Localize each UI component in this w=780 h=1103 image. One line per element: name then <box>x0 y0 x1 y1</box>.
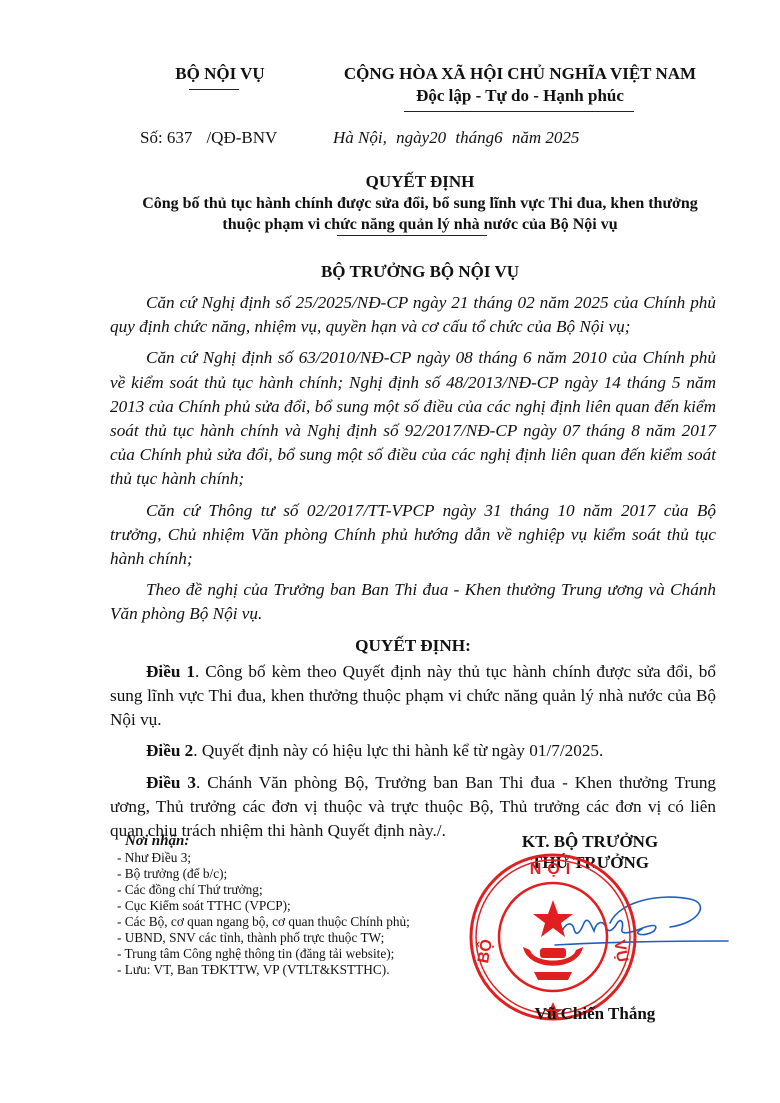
date-day: ngày20 <box>396 128 446 147</box>
recipients-title: Nơi nhận: <box>125 833 477 850</box>
article-label: Điều 2 <box>146 741 193 760</box>
recipients-list: - Như Điều 3; - Bộ trưởng (để b/c); - Cá… <box>117 850 477 978</box>
subtitle-underline <box>337 235 487 236</box>
subtitle-line-1: Công bố thủ tục hành chính được sửa đổi,… <box>100 193 740 214</box>
article-text: . Công bố kèm theo Quyết định này thủ tụ… <box>110 662 716 729</box>
list-item: - Bộ trưởng (để b/c); <box>117 866 477 882</box>
article-text: . Chánh Văn phòng Bộ, Trưởng ban Ban Thi… <box>110 773 716 840</box>
decision-heading: QUYẾT ĐỊNH: <box>110 634 716 658</box>
preamble-paragraph: Căn cứ Thông tư số 02/2017/TT-VPCP ngày … <box>110 499 716 572</box>
place-and-date: Hà Nội, ngày20 tháng6 năm 2025 <box>333 128 579 148</box>
national-title: CỘNG HÒA XÃ HỘI CHỦ NGHĨA VIỆT NAM <box>320 64 720 84</box>
list-item: - Các Bộ, cơ quan ngang bộ, cơ quan thuộ… <box>117 914 477 930</box>
subtitle-line-2: thuộc phạm vi chức năng quản lý nhà nước… <box>100 214 740 235</box>
article-label: Điều 1 <box>146 662 195 681</box>
seal-text-top: NỘI <box>530 859 576 878</box>
date-year: năm 2025 <box>512 128 580 147</box>
document-subtitle: Công bố thủ tục hành chính được sửa đổi,… <box>100 193 740 235</box>
document-number: Số: 637/QĐ-BNV <box>140 128 277 148</box>
place: Hà Nội, <box>333 128 387 147</box>
list-item: - Trung tâm Công nghệ thông tin (đăng tả… <box>117 946 477 962</box>
national-motto: Độc lập - Tự do - Hạnh phúc <box>320 86 720 106</box>
document-body: Căn cứ Nghị định số 25/2025/NĐ-CP ngày 2… <box>110 291 716 850</box>
list-item: - Cục Kiểm soát TTHC (VPCP); <box>117 898 477 914</box>
preamble-paragraph: Căn cứ Nghị định số 63/2010/NĐ-CP ngày 0… <box>110 346 716 491</box>
article-text: . Quyết định này có hiệu lực thi hành kể… <box>193 741 603 760</box>
document-number-prefix: Số: 637 <box>140 128 192 147</box>
seal-text-right: VỤ <box>610 939 631 964</box>
article-label: Điều 3 <box>146 773 196 792</box>
list-item: - Các đồng chí Thứ trưởng; <box>117 882 477 898</box>
preamble-paragraph: Căn cứ Nghị định số 25/2025/NĐ-CP ngày 2… <box>110 291 716 339</box>
signer-name: Vũ Chiến Thắng <box>490 1004 700 1024</box>
issuing-ministry: BỘ NỘI VỤ <box>150 64 290 84</box>
recipients-block: Nơi nhận: - Như Điều 3; - Bộ trưởng (để … <box>117 833 477 978</box>
issuing-authority: BỘ TRƯỞNG BỘ NỘI VỤ <box>100 262 740 282</box>
ministry-underline <box>189 89 239 90</box>
document-number-suffix: /QĐ-BNV <box>206 128 277 147</box>
list-item: - UBND, SNV các tỉnh, thành phố trực thu… <box>117 930 477 946</box>
list-item: - Lưu: VT, Ban TĐKTTW, VP (VTLT&KSTTHC). <box>117 962 477 978</box>
list-item: - Như Điều 3; <box>117 850 477 866</box>
official-seal: BỘ NỘI VỤ <box>468 852 638 1022</box>
document-title: QUYẾT ĐỊNH <box>100 172 740 192</box>
article-2: Điều 2. Quyết định này có hiệu lực thi h… <box>110 739 716 763</box>
article-1: Điều 1. Công bố kèm theo Quyết định này … <box>110 660 716 733</box>
signature-title-line-1: KT. BỘ TRƯỞNG <box>500 832 680 852</box>
motto-underline <box>404 111 634 112</box>
date-month: tháng6 <box>455 128 502 147</box>
preamble-paragraph: Theo đề nghị của Trưởng ban Ban Thi đua … <box>110 578 716 626</box>
